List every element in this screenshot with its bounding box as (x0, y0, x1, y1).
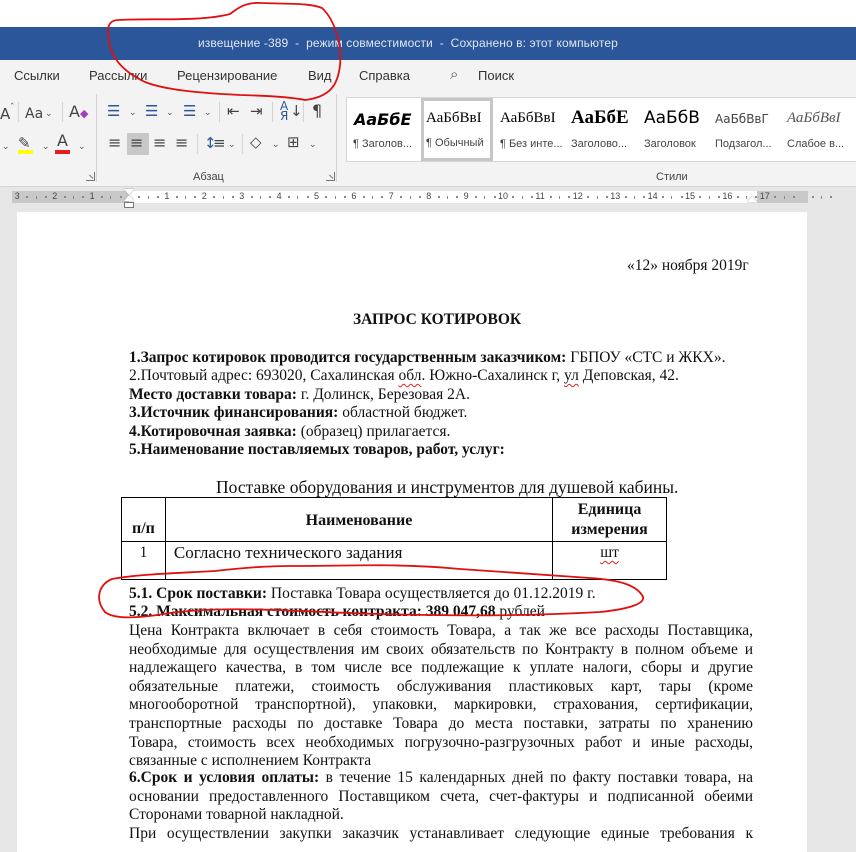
hanging-indent-marker[interactable] (124, 195, 134, 201)
ruler-number: 13 (610, 191, 620, 201)
ruler-number: 14 (648, 191, 658, 201)
decrease-indent-icon[interactable]: ⇤ (227, 103, 240, 119)
items-table: п/п Наименование Единица измерения 1 Сог… (121, 497, 667, 580)
chevron-down-icon[interactable]: ⌄ (2, 142, 10, 152)
ruler-number: 8 (426, 191, 431, 201)
multilevel-list-icon[interactable]: ☰ (183, 103, 196, 119)
ruler-number: 5 (314, 191, 319, 201)
show-formatting-icon[interactable]: ¶ (312, 103, 322, 119)
window-title: извещение -389 - режим совместимости - С… (198, 36, 618, 50)
ruler-tick (213, 196, 215, 198)
ruler-tick (522, 196, 523, 199)
procurement-subject: Поставке оборудования и инструментов для… (216, 478, 678, 497)
price-paragraph-line: Цена Контракта включает в себя стоимость… (129, 622, 753, 641)
ruler-tick (36, 196, 37, 199)
ruler-number: 3 (15, 191, 20, 201)
ruler-tick (325, 196, 327, 198)
ruler-tick (307, 196, 309, 198)
highlight-icon[interactable]: ✎ (18, 135, 31, 151)
styles-gallery: АаБбЕ ¶ Заголов... АаБбВвІ ¶ Обычный АаБ… (346, 97, 856, 162)
ruler-tick (606, 196, 608, 198)
shading-icon[interactable]: ◇ (250, 134, 262, 150)
paragraph-delivery-place: Место доставки товара: г. Долинск, Берез… (129, 386, 470, 405)
tab-mailings[interactable]: Рассылки (89, 68, 147, 83)
line-spacing-lines-icon: ≡ (213, 135, 226, 151)
ruler-tick (718, 196, 720, 198)
grow-font-icon[interactable]: A (0, 106, 10, 122)
ruler-tick (223, 196, 224, 199)
style-subtle-emphasis[interactable]: АаБбВвІ Слабое в... (783, 100, 853, 159)
price-paragraph-line: необходимые для осуществления им своих о… (129, 641, 753, 660)
styles-group-label: Стили (656, 171, 688, 183)
ruler-tick (737, 196, 739, 198)
chevron-down-icon[interactable]: ⌄ (309, 140, 317, 150)
right-indent-marker[interactable] (747, 196, 757, 202)
ruler-tick (26, 196, 28, 198)
ruler-tick (709, 196, 710, 199)
tab-view[interactable]: Вид (308, 68, 332, 83)
chevron-down-icon[interactable]: ⌄ (45, 109, 53, 119)
title-bar: извещение -389 - режим совместимости - С… (0, 27, 856, 60)
paragraph-3: 3.Источник финансирования: областной бюд… (129, 404, 467, 423)
paragraph-dialog-launcher[interactable] (326, 172, 335, 181)
style-heading2[interactable]: АаБбЕ Заголово... (567, 100, 637, 159)
font-color-icon[interactable]: A (57, 133, 68, 149)
clear-formatting-icon[interactable]: A◆ (69, 104, 88, 122)
ruler-tick (559, 196, 560, 199)
ruler-tick (372, 196, 373, 199)
paragraph-group-label: Абзац (193, 171, 224, 183)
ruler-tick (681, 196, 683, 198)
ruler-number: 10 (498, 191, 508, 201)
section-5-1: 5.1. Срок поставки: Поставка Товара осущ… (129, 585, 596, 604)
header-name: Наименование (165, 498, 552, 542)
price-paragraph-line: связанные с исполнением Контракта (129, 752, 753, 771)
ruler-tick (419, 196, 421, 198)
paragraph-1: 1.Запрос котировок проводится государств… (129, 349, 725, 368)
ruler-tick (45, 196, 47, 198)
ruler-tick (363, 196, 365, 198)
price-paragraph-line: многооборотной транспортной), упаковки, … (129, 696, 753, 715)
ruler-tick (120, 196, 122, 198)
ruler-tick (812, 196, 814, 198)
numbering-icon[interactable]: ☰ (145, 103, 158, 119)
justify-icon[interactable]: ≡ (175, 135, 188, 151)
ruler-tick (793, 196, 795, 198)
sort-icon[interactable]: AЯ (280, 101, 288, 121)
ruler-tick (494, 196, 496, 198)
ruler-tick (456, 196, 458, 198)
style-title[interactable]: АаБбВ Заголовок (640, 100, 710, 159)
ruler-number: 4 (277, 191, 282, 201)
ruler-number: 7 (389, 191, 394, 201)
borders-icon[interactable]: ⊞ (287, 134, 300, 150)
style-heading1[interactable]: АаБбЕ ¶ Заголов... (349, 100, 419, 159)
requirements-line1: При осуществлении закупки заказчик устан… (129, 825, 753, 844)
ruler-number: 1 (90, 191, 95, 201)
left-indent-marker[interactable] (124, 202, 134, 208)
style-normal[interactable]: АаБбВвІ ¶ Обычный (421, 98, 493, 161)
ruler-number: 9 (464, 191, 469, 201)
cell-number: 1 (122, 542, 166, 580)
ruler-number: 3 (239, 191, 244, 201)
chevron-down-icon[interactable]: ⌄ (78, 142, 86, 152)
tab-help[interactable]: Справка (359, 68, 410, 83)
ruler-tick (73, 196, 74, 199)
ruler-tick (297, 196, 298, 199)
ruler-number: 6 (351, 191, 356, 201)
ruler-number: 1 (164, 191, 169, 201)
ruler-tick (101, 196, 103, 198)
chevron-down-icon[interactable]: ⌄ (204, 108, 212, 118)
table-row: 1 Согласно технического задания шт (122, 542, 667, 580)
style-subtitle[interactable]: АаБбВвГ Подзагол... (711, 100, 781, 159)
table-header-row: п/п Наименование Единица измерения (122, 498, 667, 542)
align-left-icon[interactable]: ≡ (108, 135, 121, 151)
chevron-down-icon[interactable]: ⌄ (166, 108, 174, 118)
price-paragraph-line: надлежащего качества, в том числе все по… (129, 659, 753, 678)
ruler-tick (232, 196, 234, 198)
paragraph-4: 4.Котировочная заявка: (образец) прилага… (129, 423, 450, 442)
ruler-tick (447, 196, 448, 199)
payment-terms-line3: Сторонами товарной накладной. (129, 806, 753, 825)
chevron-down-icon[interactable]: ⌄ (272, 140, 280, 150)
ruler-tick (64, 196, 66, 198)
ruler-tick (438, 196, 440, 198)
section-5-2: 5.2. Максимальная стоимость контракта: 3… (129, 603, 545, 622)
header-unit: Единица измерения (553, 498, 667, 542)
ruler-tick (148, 196, 149, 199)
paragraph-5: 5.Наименование поставляемых товаров, раб… (129, 441, 505, 460)
font-dialog-launcher[interactable] (86, 172, 95, 181)
ruler-tick (784, 196, 785, 199)
header-number: п/п (122, 498, 166, 542)
document-heading: ЗАПРОС КОТИРОВОК (353, 311, 521, 330)
ribbon: A ˆ Aa ⌄ A◆ ⌄ ✎ ⌄ A ⌄ ☰ ⌄ ☰ ⌄ ☰ ⌄ ⇤ ⇥ AЯ… (0, 90, 856, 187)
style-no-spacing[interactable]: АаБбВвІ ¶ Без инте... (496, 100, 566, 159)
highlight-color-swatch (18, 150, 33, 154)
change-case-button[interactable]: Aa (25, 106, 43, 122)
ruler-tick (410, 196, 411, 199)
ruler-number: 16 (722, 191, 732, 201)
ruler-tick (643, 196, 645, 198)
align-right-icon[interactable]: ≡ (153, 135, 166, 151)
chevron-down-icon[interactable]: ⌄ (129, 108, 137, 118)
ruler-tick (157, 196, 159, 198)
sort-arrow-icon: ↓ (290, 103, 303, 119)
ruler-number: 2 (52, 191, 57, 201)
payment-terms-line2: основании предоставленного Поставщиком с… (129, 788, 753, 807)
ruler-tick (830, 196, 832, 198)
ruler-tick (344, 196, 346, 198)
ruler-tick (625, 196, 627, 198)
ruler-tick (138, 196, 140, 198)
payment-terms-line1: 6.Срок и условия оплаты: в течение 15 ка… (129, 769, 753, 788)
ruler-tick (110, 196, 111, 199)
ruler-tick (484, 196, 485, 199)
font-color-swatch (55, 150, 70, 154)
grow-font-caret-icon: ˆ (10, 103, 15, 113)
ruler-number: 17 (760, 191, 770, 201)
ruler-tick (568, 196, 570, 198)
search-button[interactable]: Поиск (478, 68, 514, 83)
ruler-tick (251, 196, 253, 198)
ruler-tick (260, 196, 261, 199)
ruler-tick (699, 196, 701, 198)
ruler-number: 15 (685, 191, 695, 201)
cell-unit: шт (553, 542, 667, 580)
document-date: «12» ноября 2019г (627, 257, 749, 276)
top-background (0, 0, 856, 27)
cell-name: Согласно технического задания (165, 542, 552, 580)
price-paragraph-line: обязательные платежи, стоимость обслужив… (129, 678, 753, 697)
chevron-down-icon[interactable]: ⌄ (228, 140, 236, 150)
ruler-tick (381, 196, 383, 198)
ruler-tick (774, 196, 776, 198)
ruler-tick (531, 196, 533, 198)
ruler-tick (550, 196, 552, 198)
ruler-tick (662, 196, 664, 198)
ruler-tick (597, 196, 598, 199)
ruler-number: 12 (573, 191, 583, 201)
ruler-left-margin (12, 191, 129, 203)
align-center-icon[interactable]: ≡ (130, 135, 143, 151)
ruler-tick (194, 196, 196, 198)
ruler-tick (335, 196, 336, 199)
ruler-number: 2 (202, 191, 207, 201)
ruler-tick (400, 196, 402, 198)
tab-references[interactable]: Ссылки (14, 68, 60, 83)
ruler-tick (176, 196, 178, 198)
search-icon[interactable]: ⌕ (450, 66, 458, 83)
ruler-tick (288, 196, 290, 198)
price-paragraph-line: транспортные расходы по доставке Товара … (129, 715, 753, 734)
ruler-tick (82, 196, 84, 198)
paragraph-2: 2.Почтовый адрес: 693020, Сахалинская об… (129, 367, 679, 386)
price-paragraph-line: Товара, стоимость всех необходимых погру… (129, 734, 753, 753)
increase-indent-icon[interactable]: ⇥ (250, 103, 263, 119)
tab-review[interactable]: Рецензирование (177, 68, 277, 83)
ruler-tick (821, 196, 822, 199)
bullets-icon[interactable]: ☰ (107, 103, 120, 119)
ribbon-tabs: Ссылки Рассылки Рецензирование Вид Справ… (0, 60, 856, 90)
ruler-tick (634, 196, 635, 199)
ruler-tick (587, 196, 589, 198)
ruler-tick (671, 196, 672, 199)
ruler-tick (512, 196, 514, 198)
ruler-tick (185, 196, 186, 199)
ruler-tick (475, 196, 477, 198)
ruler-tick (269, 196, 271, 198)
ruler-number: 11 (535, 191, 544, 201)
chevron-down-icon[interactable]: ⌄ (42, 142, 50, 152)
